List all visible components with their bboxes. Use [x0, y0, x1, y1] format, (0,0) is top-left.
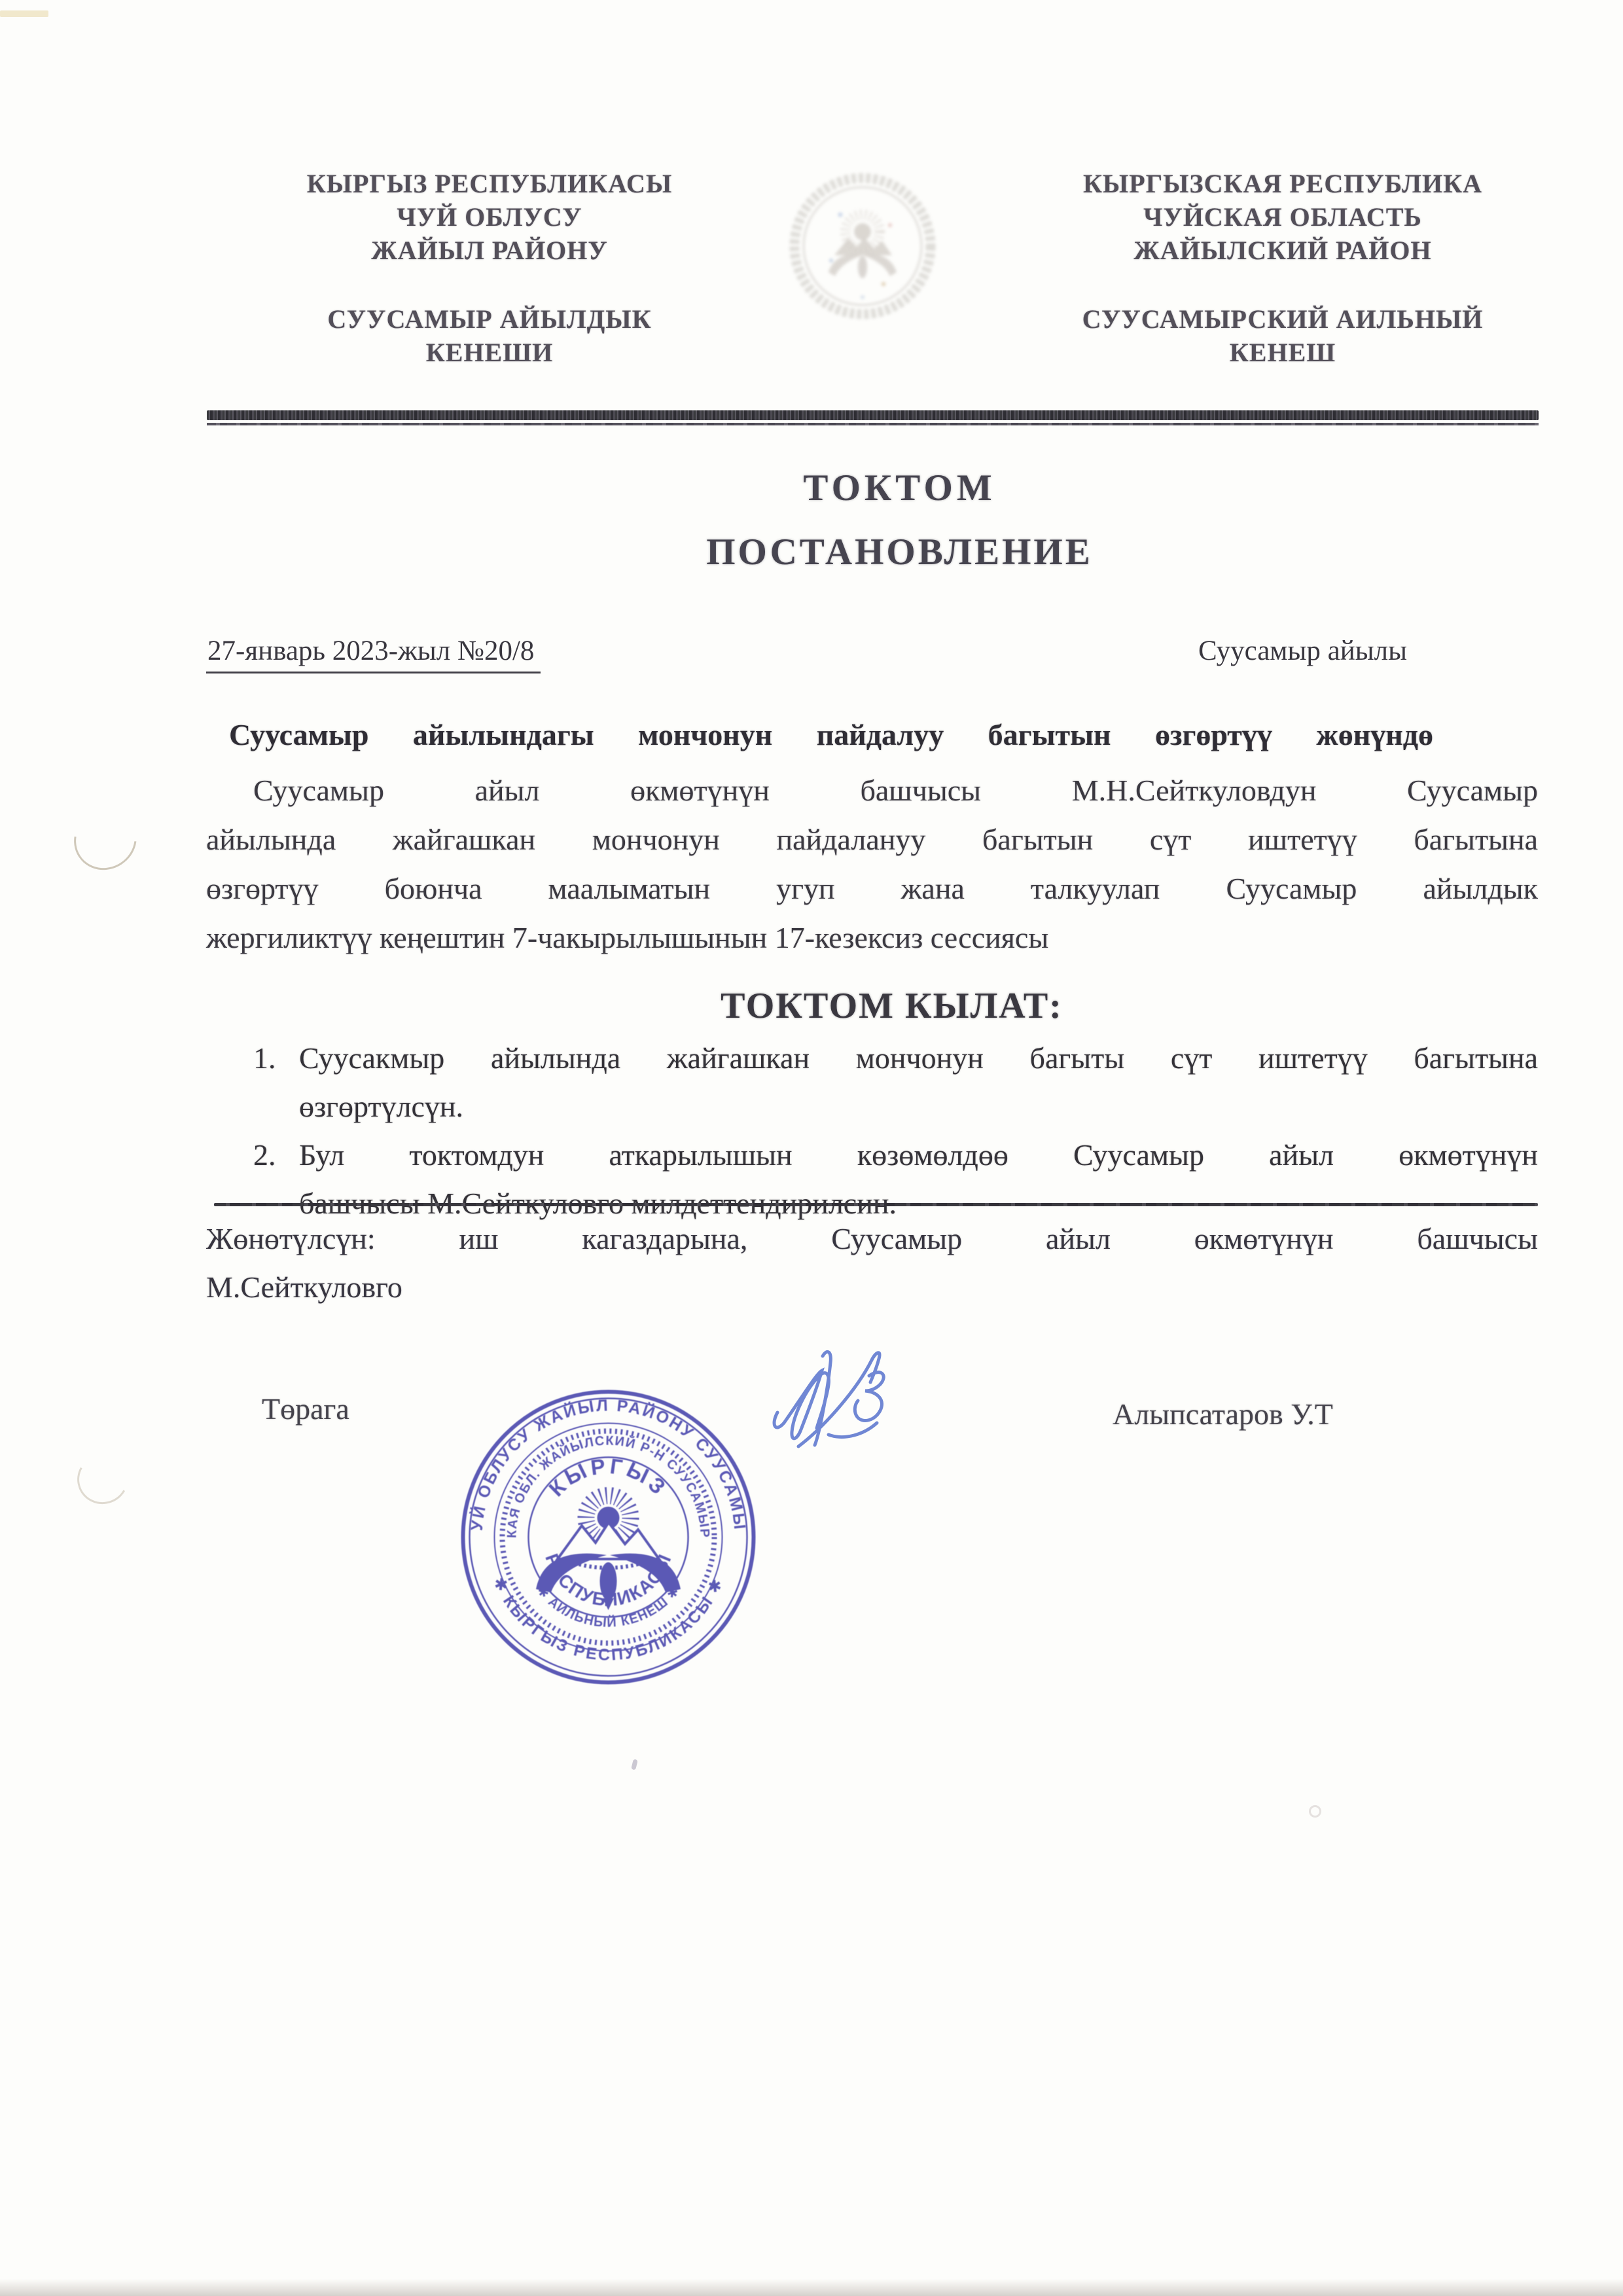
title-postanovlenie: ПОСТАНОВЛЕНИЕ [234, 531, 1565, 573]
title-toktom: ТОКТОМ [234, 467, 1565, 509]
scanned-decree-page: КЫРГЫЗ РЕСПУБЛИКАСЫ ЧУЙ ОБЛУСУ ЖАЙЫЛ РАЙ… [0, 0, 1623, 2296]
place-name: Суусамыр айылы [1198, 635, 1407, 673]
meta-row: 27-январь 2023-жыл №20/8 Суусамыр айылы [206, 635, 1538, 673]
item-line: Бул токтомдун аткарылышын көзөмөлдөө Суу… [299, 1131, 1538, 1179]
resolution-list: 1. Суусакмыр айылында жайгашкан мончонун… [206, 1034, 1538, 1228]
header-right-line1: КЫРГЫЗСКАЯ РЕСПУБЛИКА [1021, 167, 1544, 200]
scan-streak-artifact [0, 10, 48, 17]
header-right-line2: ЧУЙСКАЯ ОБЛАСТЬ [1021, 200, 1544, 234]
official-round-stamp: ЧУЙ ОБЛУСУ ЖАЙЫЛ РАЙОНУ СУУСАМЫР ✱ КЫРГЫ… [456, 1385, 760, 1689]
header-separator-line [207, 410, 1539, 425]
hole-punch-mark [62, 796, 149, 883]
preamble-line: Суусамыр айыл өкмөтүнүн башчысы М.Н.Сейт… [206, 766, 1538, 815]
document-title-block: ТОКТОМ ПОСТАНОВЛЕНИЕ [234, 467, 1565, 573]
item-line: Суусакмыр айылында жайгашкан мончонун ба… [299, 1034, 1538, 1083]
item-number: 1. [253, 1034, 276, 1083]
handwritten-signature-icon [759, 1334, 923, 1473]
header-right-org2: КЕНЕШ [1021, 336, 1544, 369]
subject-line: Суусамыр айылындагы мончонун пайдалуу ба… [229, 717, 1433, 752]
item-number: 2. [253, 1131, 276, 1179]
header-left-line3: ЖАЙЫЛ РАЙОНУ [236, 234, 743, 267]
item-line: өзгөртүлсүн. [299, 1083, 1538, 1131]
stamp-inner-text-top: КЫРГЫЗ [544, 1454, 672, 1501]
header-left-org2: КЕНЕШИ [236, 336, 743, 369]
preamble-line: жергиликтүү кеңештин 7-чакырылышынын 17-… [206, 913, 1538, 962]
header-left-block: КЫРГЫЗ РЕСПУБЛИКАСЫ ЧУЙ ОБЛУСУ ЖАЙЫЛ РАЙ… [236, 167, 743, 369]
header-left-line1: КЫРГЫЗ РЕСПУБЛИКАСЫ [236, 167, 743, 200]
distribution-line: Жөнөтүлсүн: иш кагаздарына, Суусамыр айы… [206, 1215, 1538, 1263]
resolves-heading: ТОКТОМ КЫЛАТ: [226, 985, 1558, 1027]
svg-text:КЫРГЫЗ: КЫРГЫЗ [544, 1454, 672, 1501]
distribution-line: М.Сейткуловго [206, 1263, 1538, 1312]
stamp-mountains-icon [558, 1522, 659, 1559]
preamble-line: өзгөртүү боюнча маалыматын угуп жана тал… [206, 864, 1538, 913]
date-and-number: 27-январь 2023-жыл №20/8 [206, 635, 541, 673]
scan-bottom-edge [0, 2279, 1623, 2296]
distribution-paragraph: Жөнөтүлсүн: иш кагаздарына, Суусамыр айы… [206, 1215, 1538, 1312]
scan-speck-artifact [1309, 1805, 1321, 1818]
signature-name: Алыпсатаров У.Т [1113, 1397, 1333, 1431]
list-item: 1. Суусакмыр айылында жайгашкан мончонун… [206, 1034, 1538, 1131]
header-right-org1: СУУСАМЫРСКИЙ АИЛЬНЫЙ [1021, 302, 1544, 336]
distribution-separator-line [214, 1203, 1538, 1206]
list-item: 2. Бул токтомдун аткарылышын көзөмөлдөө … [206, 1131, 1538, 1228]
signature-role: Төрага [262, 1391, 349, 1426]
scan-speck-artifact [631, 1759, 638, 1770]
stamp-bird-body-icon [600, 1562, 617, 1600]
header-left-org1: СУУСАМЫР АЙЫЛДЫК [236, 302, 743, 336]
header-left-line2: ЧУЙ ОБЛУСУ [236, 200, 743, 234]
preamble-line: айылында жайгашкан мончонун пайдалануу б… [206, 815, 1538, 864]
preamble-paragraph: Суусамыр айыл өкмөтүнүн башчысы М.Н.Сейт… [206, 766, 1538, 962]
header-right-line3: ЖАЙЫЛСКИЙ РАЙОН [1021, 234, 1544, 267]
header-right-block: КЫРГЫЗСКАЯ РЕСПУБЛИКА ЧУЙСКАЯ ОБЛАСТЬ ЖА… [1021, 167, 1544, 369]
hole-punch-mark [71, 1448, 134, 1511]
kyrgyz-state-emblem-faded-icon [785, 169, 940, 323]
